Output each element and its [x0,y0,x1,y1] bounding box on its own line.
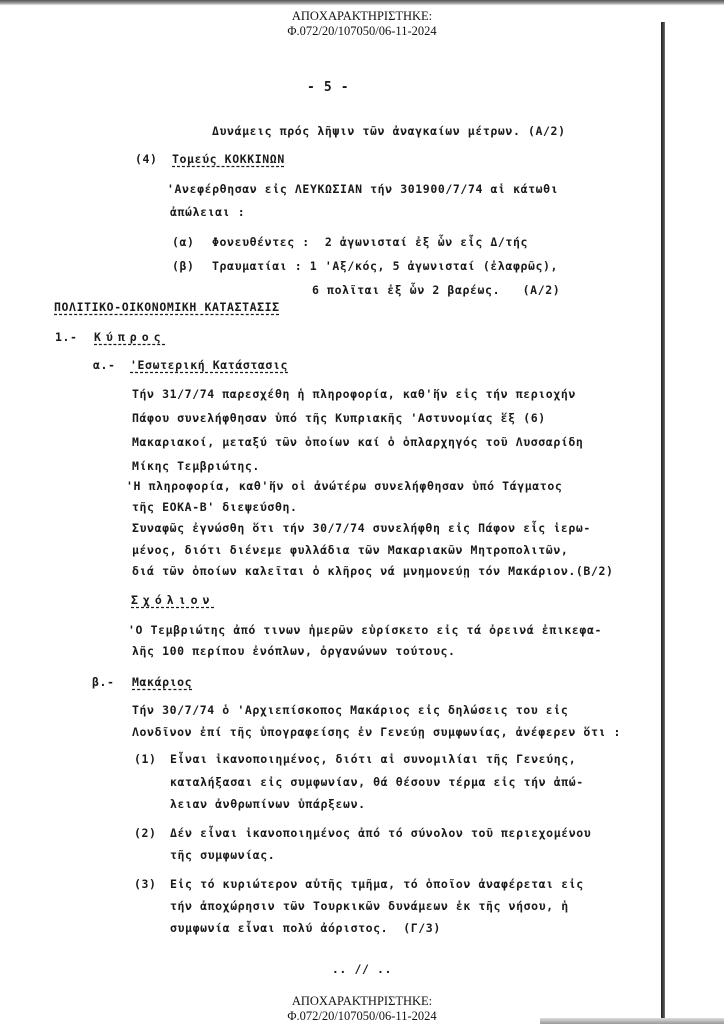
comment-heading: Σχόλιον [131,593,214,607]
scan-edge-right [661,22,665,1019]
continuation-mark: .. // .. [0,962,724,976]
subsection-title-makarios: Μακάριος [132,675,192,689]
text-line: Εἶναι ἱκανοποιημένος, διότι αἱ συνομιλία… [170,752,576,766]
text-line: τῆς ΕΟΚΑ-Β' διεψεύσθη. [132,500,298,514]
text-line: Συναφῶς ἐγνώσθη ὅτι τήν 30/7/74 συνελήφθ… [132,521,591,535]
text-line: Τραυματίαι : 1 'Αξ/κός, 5 ἀγωνισταί (ἐλα… [212,259,558,273]
declassification-stamp-bottom: ΑΠΟΧΑΡΑΚΤΗΡΙΣΤΗΚΕ: Φ.072/20/107050/06-11… [0,994,724,1024]
stamp-reference: Φ.072/20/107050/06-11-2024 [0,1009,724,1024]
text-line: Μίκης Τεμβριώτης. [132,459,260,473]
item-number: (3) [134,877,157,891]
item-number: (1) [134,752,157,766]
text-line: Πάφου συνελήφθησαν ὑπό τῆς Κυπριακῆς 'Ασ… [132,411,546,425]
stamp-reference: Φ.072/20/107050/06-11-2024 [0,24,724,39]
text-line: Τήν 30/7/74 ὁ 'Αρχιεπίσκοπος Μακάριος εἰ… [132,703,568,717]
text-line: 'Η πληροφορία, καθ'ἥν οἱ ἀνώτέρω συνελήφ… [126,479,562,493]
section-title-cyprus: Κύπρος [94,330,166,344]
text-line: τήν ἀποχώρησιν τῶν Τουρκικῶν δυνάμεων ἐκ… [170,899,569,913]
section-number: 1.- [55,330,78,344]
stamp-title: ΑΠΟΧΑΡΑΚΤΗΡΙΣΤΗΚΕ: [0,9,724,24]
text-line: διά τῶν ὁποίων καλεῖται ὁ κλῆρος νά μνημ… [132,564,614,578]
text-line: Δέν εἶναι ἱκανοποιημένος ἀπό τό σύνολον … [170,826,591,840]
text-line: Μακαριακοί, μεταξύ τῶν ὁποίων καί ὁ ὁπλα… [132,435,583,449]
scan-edge-top [0,0,724,5]
item-number: (2) [134,826,157,840]
section-heading: ΠΟΛΙΤΙΚΟ-ΟΙΚΟΝΟΜΙΚΗ ΚΑΤΑΣΤΑΣΙΣ [54,300,280,314]
text-line: Φονευθέντες : 2 ἀγωνισταί ἐξ ὧν εἷς Δ/τή… [212,235,528,249]
text-line: Δυνάμεις πρός λῆψιν τῶν ἀναγκαίων μέτρων… [212,124,566,138]
text-line: Τήν 31/7/74 παρεσχέθη ἡ πληροφορία, καθ'… [132,387,576,401]
subsection-title-internal: 'Εσωτερική Κατάστασις [130,358,288,372]
subsection-number: β.- [92,675,115,689]
text-line: Λονδῖνον ἐπί τῆς ὑπογραφείσης ἐν Γενεύῃ … [132,725,621,739]
text-line: Εἰς τό κυριώτερον αὐτῆς τμῆμα, τό ὁποῖον… [170,877,584,891]
item-number: (β) [172,259,195,273]
declassification-stamp-top: ΑΠΟΧΑΡΑΚΤΗΡΙΣΤΗΚΕ: Φ.072/20/107050/06-11… [0,9,724,39]
text-line: συμφωνία εἶναι πολύ ἀόριστος. (Γ/3) [170,921,441,935]
text-line: 6 πολῖται ἐξ ὧν 2 βαρέως. (Α/2) [312,283,560,297]
item-number: (α) [172,235,195,249]
subsection-number: α.- [93,358,116,372]
text-line: καταλήξασαι εἰς συμφωνίαν, θά θέσουν τέρ… [170,775,584,789]
text-line: ἀπώλειαι : [170,205,245,219]
stamp-title: ΑΠΟΧΑΡΑΚΤΗΡΙΣΤΗΚΕ: [0,994,724,1009]
text-line: μένος, διότι διένεμε φυλλάδια τῶν Μακαρι… [132,543,568,557]
text-line: 'Ο Τεμβριώτης ἀπό τινων ἡμερῶν εὑρίσκετο… [128,623,602,637]
document-page: ΑΠΟΧΑΡΑΚΤΗΡΙΣΤΗΚΕ: Φ.072/20/107050/06-11… [0,0,724,1024]
text-line: τῆς συμφωνίας. [170,848,275,862]
text-line: λειαν ἀνθρωπίνων ὑπάρξεων. [170,797,366,811]
page-number: - 5 - [307,80,349,95]
subheading-sector: Τομεύς ΚΟΚΚΙΝΩΝ [172,152,285,166]
item-number: (4) [135,152,158,166]
text-line: λῆς 100 περίπου ἐνόπλων, ὀργανώνων τούτο… [132,644,456,658]
text-line: 'Ανεφέρθησαν εἰς ΛΕΥΚΩΣΙΑΝ τήν 301900/7/… [167,182,558,196]
